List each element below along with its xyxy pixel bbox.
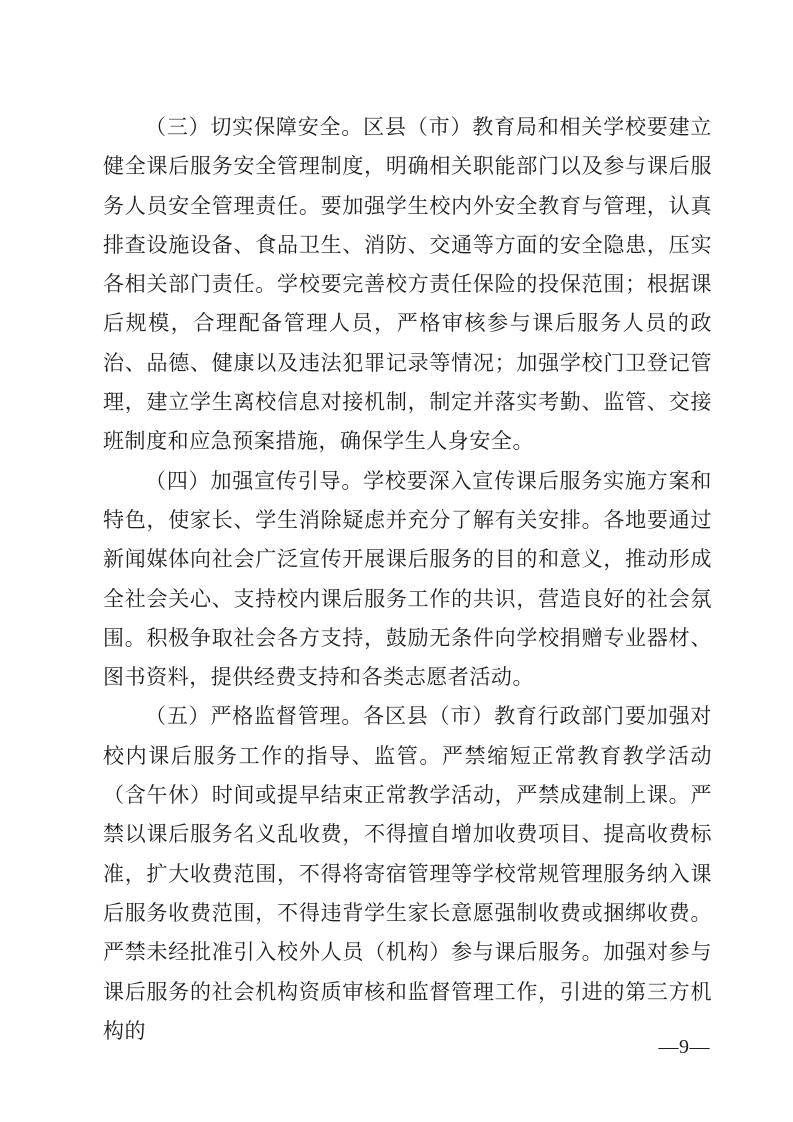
document-page: （三）切实保障安全。区县（市）教育局和相关学校要建立健全课后服务安全管理制度，明… xyxy=(0,0,793,1122)
page-footer: —9— xyxy=(510,1036,710,1059)
document-body: （三）切实保障安全。区县（市）教育局和相关学校要建立健全课后服务安全管理制度，明… xyxy=(103,108,712,1051)
paragraph-section-4: （四）加强宣传引导。学校要深入宣传课后服务实施方案和特色，使家长、学生消除疑虑并… xyxy=(103,462,712,698)
paragraph-section-3: （三）切实保障安全。区县（市）教育局和相关学校要建立健全课后服务安全管理制度，明… xyxy=(103,108,712,462)
page-number: —9— xyxy=(659,1036,711,1058)
paragraph-section-5: （五）严格监督管理。各区县（市）教育行政部门要加强对校内课后服务工作的指导、监管… xyxy=(103,697,712,1051)
